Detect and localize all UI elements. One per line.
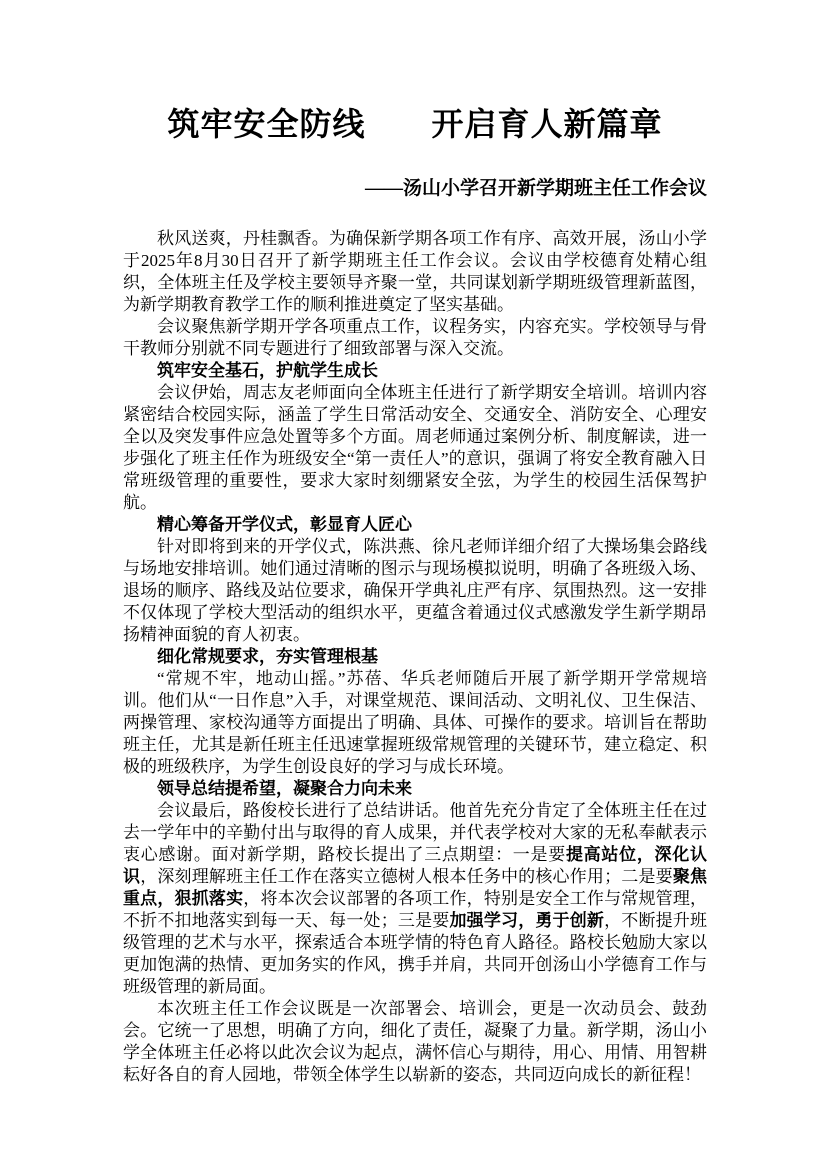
section-3-paragraph: “常规不牢，地动山摇。”苏蓓、华兵老师随后开展了新学期开学常规培训。他们从“一日…	[123, 668, 707, 778]
section-4-paragraph: 会议最后，路俊校长进行了总结讲话。他首先充分肯定了全体班主任在过去一学年中的辛勤…	[123, 800, 707, 998]
section-4-heading: 领导总结提希望，凝聚合力向未来	[123, 778, 707, 800]
document-title: 筑牢安全防线 开启育人新篇章	[123, 103, 707, 145]
intro-paragraph-2: 会议聚焦新学期开学各项重点工作，议程务实，内容充实。学校领导与骨干教师分别就不同…	[123, 316, 707, 360]
section-4-segment-bold-expectation-3: 加强学习，勇于创新	[449, 911, 604, 930]
section-3-heading: 细化常规要求，夯实管理根基	[123, 646, 707, 668]
document-page: 筑牢安全防线 开启育人新篇章 ——汤山小学召开新学期班主任工作会议 秋风送爽，丹…	[0, 0, 827, 1170]
section-2-paragraph: 针对即将到来的开学仪式，陈洪燕、徐凡老师详细介绍了大操场集会路线与场地安排培训。…	[123, 536, 707, 646]
intro-paragraph-1: 秋风送爽，丹桂飘香。为确保新学期各项工作有序、高效开展，汤山小学于2025年8月…	[123, 228, 707, 316]
document-body: 秋风送爽，丹桂飘香。为确保新学期各项工作有序、高效开展，汤山小学于2025年8月…	[123, 228, 707, 1086]
document-subtitle: ——汤山小学召开新学期班主任工作会议	[123, 176, 707, 202]
section-1-heading: 筑牢安全基石，护航学生成长	[123, 360, 707, 382]
section-4-segment-text: ，深刻理解班主任工作在落实立德树人根本任务中的核心作用；二是要	[140, 867, 673, 886]
section-2-heading: 精心筹备开学仪式，彰显育人匠心	[123, 514, 707, 536]
closing-paragraph: 本次班主任工作会议既是一次部署会、培训会，更是一次动员会、鼓劲会。它统一了思想，…	[123, 998, 707, 1086]
section-1-paragraph: 会议伊始，周志友老师面向全体班主任进行了新学期安全培训。培训内容紧密结合校园实际…	[123, 382, 707, 514]
